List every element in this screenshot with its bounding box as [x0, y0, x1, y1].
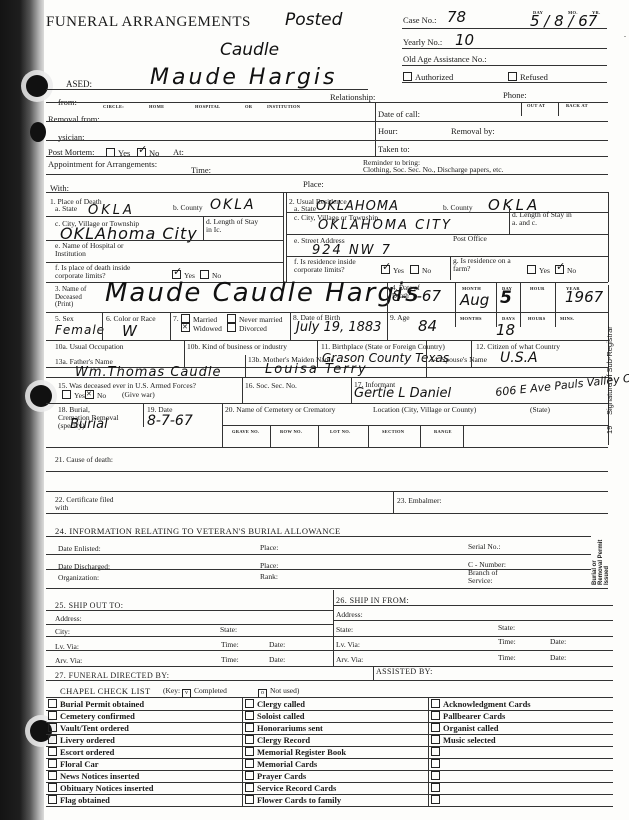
- removal-from-label: Removal from:: [48, 115, 100, 124]
- checkbox-icon[interactable]: [431, 795, 440, 804]
- row-divider: [46, 722, 613, 723]
- checkbox-icon[interactable]: [48, 699, 57, 708]
- checklist-item-label: Obituary Notices inserted: [60, 783, 154, 793]
- yes-label: Yes: [539, 266, 550, 275]
- out-at-header: OUT AT: [527, 103, 545, 108]
- checkbox-icon[interactable]: [48, 771, 57, 780]
- pod-length-label: d. Length of Stay in Ic.: [206, 218, 261, 234]
- checklist-item-label: Service Record Cards: [257, 783, 336, 793]
- checklist-item-label: Prayer Cards: [257, 771, 306, 781]
- res-farm-yes[interactable]: Yes: [527, 265, 550, 275]
- checklist-item[interactable]: Escort ordered: [48, 747, 114, 757]
- checklist-item[interactable]: Acknowledgment Cards: [431, 699, 531, 709]
- name-of-deceased-value[interactable]: Maude Caudle Hargis: [105, 278, 421, 308]
- deceased-label: ASED:: [66, 80, 92, 89]
- in-arv-date-label: Date:: [550, 653, 566, 662]
- checkbox-icon[interactable]: [245, 699, 254, 708]
- res-limits-no-box[interactable]: [410, 265, 419, 274]
- divorced-box[interactable]: [227, 323, 236, 332]
- checklist-item-label: Music selected: [443, 735, 496, 745]
- date-of-call-label: Date of call:: [378, 110, 420, 119]
- location-label: Location (City, Village or County): [373, 405, 476, 414]
- marital-label: 7.: [173, 314, 179, 323]
- refused-label: Refused: [520, 72, 548, 82]
- checkbox-icon[interactable]: [48, 795, 57, 804]
- checklist-item[interactable]: Service Record Cards: [245, 783, 336, 793]
- in-arv-time-label: Time:: [498, 653, 516, 662]
- serial-no-label: Serial No.:: [468, 542, 501, 551]
- checkbox-icon[interactable]: [431, 711, 440, 720]
- occupation-label: 10a. Usual Occupation: [55, 342, 124, 351]
- branch-label: Branch of Service:: [468, 569, 508, 585]
- cemetery-label: 20. Name of Cemetery or Crematory: [225, 405, 335, 414]
- res-farm-no[interactable]: No: [555, 265, 576, 275]
- armed-no[interactable]: No: [85, 390, 106, 400]
- refused-checkbox[interactable]: Refused: [508, 72, 548, 82]
- sex-label: 5. Sex: [55, 314, 74, 323]
- checklist-item[interactable]: Vault/Tent ordered: [48, 723, 129, 733]
- state-label: (State): [530, 405, 550, 414]
- key-completed: Completed: [194, 686, 227, 695]
- institution-option[interactable]: INSTITUTION: [267, 104, 300, 109]
- res-limits-yes-box[interactable]: [381, 265, 390, 274]
- date-enlisted-label: Date Enlisted:: [58, 544, 101, 553]
- checklist-item[interactable]: Honorariums sent: [245, 723, 323, 733]
- sub-registrar-label: Signature of Sub-Registrar: [605, 326, 614, 415]
- disposal-date-value[interactable]: 8-7-67: [147, 413, 193, 429]
- sex-value[interactable]: Female: [55, 323, 105, 337]
- checklist-item[interactable]: Soloist called: [245, 711, 304, 721]
- checkbox-icon[interactable]: [48, 711, 57, 720]
- armed-no-box[interactable]: [85, 390, 94, 399]
- res-city-value[interactable]: OKLAHOMA CITY: [318, 218, 452, 233]
- res-limits-label: f. Is residence inside corporate limits?: [294, 258, 374, 274]
- checklist-item[interactable]: Floral Car: [48, 759, 98, 769]
- out-lv-time-label: Time:: [221, 640, 239, 649]
- authorized-checkbox[interactable]: Authorized: [403, 72, 453, 82]
- months-header: MONTHS: [460, 316, 482, 321]
- res-limits-no[interactable]: No: [410, 265, 431, 275]
- checklist-item[interactable]: Cemetery confirmed: [48, 711, 135, 721]
- posted-note: Posted: [285, 10, 342, 30]
- removal-by-label: Removal by:: [451, 127, 495, 136]
- checkbox-icon[interactable]: [245, 771, 254, 780]
- checkbox-icon[interactable]: [431, 735, 440, 744]
- ship-in-heading: 26. SHIP IN FROM:: [336, 596, 409, 605]
- checklist-item-label: Clergy Record: [257, 735, 310, 745]
- row-divider: [46, 806, 613, 807]
- checklist-item[interactable]: News Notices inserted: [48, 771, 139, 781]
- married-box[interactable]: [181, 314, 190, 323]
- checkbox-icon[interactable]: [48, 747, 57, 756]
- out-address-label: Address:: [55, 614, 82, 623]
- checklist-item-label: Escort ordered: [60, 747, 114, 757]
- checklist-item-label: Clergy called: [257, 699, 305, 709]
- informant-value[interactable]: Gertie L Daniel: [354, 386, 451, 401]
- citizen-value[interactable]: U.S.A: [500, 350, 538, 366]
- widowed-label: Widowed: [193, 324, 222, 333]
- in-lv-via-label: Lv. Via:: [336, 640, 360, 649]
- lot-no-header: LOT NO.: [330, 429, 351, 434]
- hours-header: HOURS: [528, 316, 546, 321]
- checkbox-icon[interactable]: [245, 783, 254, 792]
- or-label: OR: [245, 104, 252, 109]
- old-age-label: Old Age Assistance No.:: [403, 55, 487, 64]
- checkbox-icon[interactable]: [431, 783, 440, 792]
- row-divider: [46, 758, 613, 759]
- checkbox-icon[interactable]: [245, 795, 254, 804]
- checklist-item-label: Acknowledgment Cards: [443, 699, 531, 709]
- res-farm-no-box[interactable]: [555, 265, 564, 274]
- case-no-value[interactable]: 78: [447, 8, 466, 26]
- death-day-value[interactable]: 5: [500, 288, 512, 308]
- checklist-item[interactable]: Memorial Cards: [245, 759, 317, 769]
- assisted-by-label: ASSISTED BY:: [376, 667, 433, 676]
- punch-hole: [26, 75, 48, 97]
- nineteen-label: 19: [605, 426, 614, 434]
- checkbox-icon[interactable]: [431, 723, 440, 732]
- checklist-item[interactable]: Prayer Cards: [245, 771, 306, 781]
- spouse-label: 14. Spouse's Name: [430, 355, 487, 364]
- checkbox-icon[interactable]: [48, 723, 57, 732]
- checklist-item[interactable]: [431, 759, 443, 769]
- checkbox-icon[interactable]: [245, 735, 254, 744]
- checkbox-icon[interactable]: [431, 699, 440, 708]
- yearly-no-label: Yearly No.:: [403, 38, 442, 47]
- permit-issued-label: Burial or Removal Permit Issued: [592, 537, 610, 585]
- age-days-value[interactable]: 18: [496, 321, 515, 339]
- checklist-item-label: Pallbearer Cards: [443, 711, 505, 721]
- checklist-item[interactable]: Clergy Record: [245, 735, 310, 745]
- post-office-label: Post Office: [453, 234, 487, 243]
- home-option[interactable]: HOME: [149, 104, 164, 109]
- out-state-label: State:: [220, 625, 237, 634]
- checklist-item-label: Memorial Register Book: [257, 747, 346, 757]
- checkbox-icon[interactable]: [48, 735, 57, 744]
- yes-label: Yes: [393, 266, 404, 275]
- out-city-label: City:: [55, 627, 70, 636]
- checklist-item[interactable]: Pallbearer Cards: [431, 711, 505, 721]
- out-arv-time-label: Time:: [221, 655, 239, 664]
- name-of-deceased-label: 3. Name of Deceased (Print): [55, 286, 95, 309]
- age-label: 9. Age: [390, 313, 410, 322]
- ssn-label: 16. Soc. Sec. No.: [245, 381, 297, 390]
- business-label: 10b. Kind of business or industry: [187, 342, 287, 351]
- checklist-item-label: Organist called: [443, 723, 498, 733]
- row-no-header: ROW NO.: [280, 429, 302, 434]
- appointment-label: Appointment for Arrangements:: [48, 160, 157, 169]
- race-value[interactable]: W: [122, 322, 137, 340]
- checklist-item[interactable]: [431, 771, 443, 781]
- yes-label: Yes: [74, 391, 85, 400]
- checklist-item[interactable]: Memorial Register Book: [245, 747, 346, 757]
- checkbox-icon[interactable]: [245, 747, 254, 756]
- key-not-used: Not used): [270, 686, 299, 695]
- funeral-directed-label: 27. FUNERAL DIRECTED BY:: [55, 671, 169, 680]
- funeral-arrangements-form: FUNERAL ARRANGEMENTS Posted Caudle ASED:…: [0, 0, 629, 820]
- in-address-label: Address:: [336, 610, 363, 619]
- res-county-label: b. County: [443, 203, 473, 212]
- row-divider: [46, 734, 613, 735]
- embalmer-label: 23. Embalmer:: [397, 496, 442, 505]
- checkbox-icon[interactable]: [245, 723, 254, 732]
- armed-yes[interactable]: Yes: [62, 390, 85, 400]
- res-farm-yes-box[interactable]: [527, 265, 536, 274]
- cause-of-death-label: 21. Cause of death:: [55, 455, 113, 464]
- case-no-label: Case No.:: [403, 16, 437, 25]
- relationship-label: Relationship:: [330, 93, 375, 102]
- in-lv-date-label: Date:: [550, 637, 566, 646]
- in-state-label: State:: [336, 625, 353, 634]
- range-header: RANGE: [434, 429, 452, 434]
- checklist-item[interactable]: Flag obtained: [48, 795, 110, 805]
- death-year-value[interactable]: 1967: [565, 288, 603, 306]
- checklist-item[interactable]: Flower Cards to family: [245, 795, 341, 805]
- hospital-option[interactable]: HOSPITAL: [195, 104, 220, 109]
- checklist-title: CHAPEL CHECK LIST: [60, 686, 151, 696]
- rank-label: Rank:: [260, 572, 278, 581]
- checkbox-icon[interactable]: [245, 759, 254, 768]
- grave-no-header: GRAVE NO.: [232, 429, 259, 434]
- widowed-option[interactable]: Widowed: [181, 323, 222, 333]
- death-date-value[interactable]: 8-5-67: [392, 287, 441, 305]
- authorized-box[interactable]: [403, 72, 412, 81]
- res-limits-yes[interactable]: Yes: [381, 265, 404, 275]
- divorced-label: Divorced: [239, 324, 267, 333]
- checklist-item-label: Livery ordered: [60, 735, 115, 745]
- pod-hospital-label: e. Name of Hospital or Institution: [55, 242, 130, 258]
- checklist-item[interactable]: [431, 747, 443, 757]
- ship-out-heading: 25. SHIP OUT TO:: [55, 601, 123, 610]
- checklist-item[interactable]: Burial Permit obtained: [48, 699, 144, 709]
- mother-value[interactable]: Louisa Terry: [265, 362, 368, 377]
- circle-label: CIRCLE:: [103, 104, 124, 109]
- checklist-item-label: Vault/Tent ordered: [60, 723, 129, 733]
- checklist-item[interactable]: Livery ordered: [48, 735, 115, 745]
- punch-hole: [30, 122, 46, 142]
- give-war-label: (Give war): [122, 390, 155, 399]
- back-at-header: BACK AT: [566, 103, 588, 108]
- in-state2-label: State:: [498, 623, 515, 632]
- checklist-item-label: News Notices inserted: [60, 771, 139, 781]
- out-arv-date-label: Date:: [269, 655, 285, 664]
- checkbox-icon[interactable]: [431, 771, 440, 780]
- checklist-item[interactable]: Music selected: [431, 735, 496, 745]
- no-label: No: [97, 391, 106, 400]
- out-lv-date-label: Date:: [269, 640, 285, 649]
- res-length-label: d. Length of Stay in a. and c.: [512, 211, 572, 227]
- checkbox-icon[interactable]: [431, 747, 440, 756]
- hour-label: Hour:: [378, 127, 398, 136]
- reminder-items: Clothing, Soc. Sec. No., Discharge paper…: [363, 165, 503, 174]
- place-label: Place:: [303, 180, 324, 189]
- checklist-item-label: Soloist called: [257, 711, 304, 721]
- authorized-label: Authorized: [415, 72, 453, 82]
- out-arv-via-label: Arv. Via:: [55, 656, 82, 665]
- checklist-item-label: Cemetery confirmed: [60, 711, 135, 721]
- checklist-item-label: Burial Permit obtained: [60, 699, 144, 709]
- pod-state-label: a. State: [55, 204, 77, 213]
- in-lv-time-label: Time:: [498, 637, 516, 646]
- in-arv-via-label: Arv. Via:: [336, 655, 363, 664]
- no-label: No: [567, 266, 576, 275]
- key-prefix: (Key:: [163, 686, 180, 695]
- checklist-item-label: Memorial Cards: [257, 759, 317, 769]
- checkbox-icon[interactable]: [431, 759, 440, 768]
- deceased-value[interactable]: Maude Hargis: [150, 65, 338, 90]
- checkbox-icon[interactable]: [48, 783, 57, 792]
- certificate-filed-label: 22. Certificate filed with: [55, 496, 115, 512]
- no-label: No: [422, 266, 431, 275]
- checklist-item[interactable]: [431, 783, 443, 793]
- armed-forces-label: 15. Was deceased ever in U.S. Armed Forc…: [58, 381, 196, 390]
- checklist-item[interactable]: Obituary Notices inserted: [48, 783, 154, 793]
- armed-yes-box[interactable]: [62, 390, 71, 399]
- checkbox-icon[interactable]: [48, 759, 57, 768]
- caudle-note: Caudle: [220, 40, 279, 60]
- enlisted-place-label: Place:: [260, 543, 278, 552]
- birth-date-value[interactable]: July 19, 1883: [296, 320, 381, 335]
- checklist-item-label: Flower Cards to family: [257, 795, 341, 805]
- refused-box[interactable]: [508, 72, 517, 81]
- checklist-item[interactable]: [431, 795, 443, 805]
- organization-label: Organization:: [58, 573, 99, 582]
- margin-mark: .: [624, 30, 626, 39]
- checklist-item[interactable]: Organist called: [431, 723, 498, 733]
- section-header: SECTION: [382, 429, 404, 434]
- death-month-value[interactable]: Aug: [460, 291, 489, 309]
- form-title: FUNERAL ARRANGEMENTS: [46, 14, 251, 31]
- age-value[interactable]: 84: [418, 317, 437, 335]
- res-farm-label: g. Is residence on a farm?: [453, 257, 513, 273]
- pod-county-label: b. County: [173, 203, 203, 212]
- never-married-box[interactable]: [227, 314, 236, 323]
- divorced-option[interactable]: Divorced: [227, 323, 267, 333]
- widowed-box[interactable]: [181, 323, 190, 332]
- disposal-value[interactable]: Burial: [70, 417, 108, 432]
- yearly-no-value[interactable]: 10: [455, 31, 474, 49]
- mins-header: MINS.: [560, 316, 574, 321]
- pod-county-value[interactable]: OKLA: [210, 197, 256, 213]
- hour-header: HOUR: [530, 286, 545, 291]
- checklist-item-label: Honorariums sent: [257, 723, 323, 733]
- checkbox-icon[interactable]: [245, 711, 254, 720]
- phone-label: Phone:: [503, 91, 527, 100]
- veteran-heading: 24. INFORMATION RELATING TO VETERAN'S BU…: [55, 526, 341, 536]
- checklist-item-label: Floral Car: [60, 759, 98, 769]
- checklist-item[interactable]: Clergy called: [245, 699, 305, 709]
- taken-to-label: Taken to:: [378, 145, 410, 154]
- checklist-item-label: Flag obtained: [60, 795, 110, 805]
